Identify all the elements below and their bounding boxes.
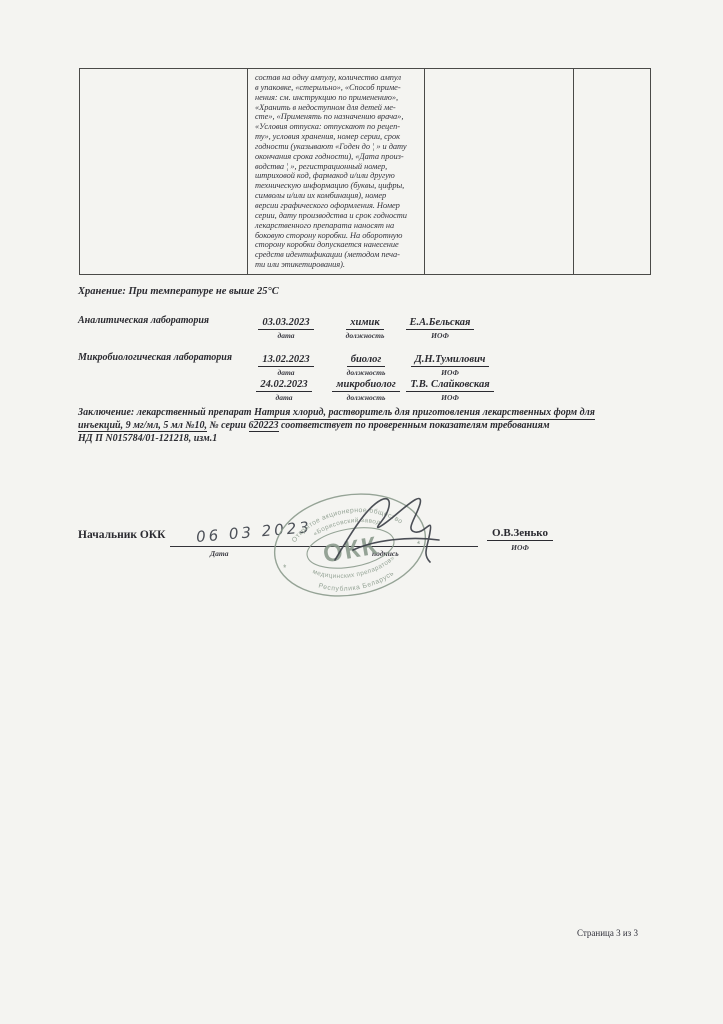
- approver-person-label: ИОФ: [487, 543, 553, 552]
- micro-date-1: 13.02.2023: [258, 354, 313, 367]
- conclusion-drug-name: Натрия хлорид, растворитель для приготов…: [254, 407, 595, 420]
- conclusion-drug-name-2: инъекций, 9 мг/мл, 5 мл №10,: [78, 420, 207, 433]
- analytical-date: 03.03.2023: [258, 317, 313, 330]
- approver-person: О.В.Зенько: [487, 527, 553, 541]
- micro-person-2: Т.В. Слайковская: [406, 379, 493, 392]
- table-cell-packaging-text: состав на одну ампулу, количество ампул …: [248, 69, 425, 274]
- labelling-table: состав на одну ампулу, количество ампул …: [79, 68, 651, 275]
- micro-position-2: микробиолог: [332, 379, 399, 392]
- storage-conditions: Хранение: При температуре не выше 25°С: [78, 286, 279, 297]
- analytical-lab-name: Аналитическая лаборатория: [78, 315, 209, 326]
- scanned-document-page: состав на одну ампулу, количество ампул …: [0, 0, 723, 1024]
- page-number: Страница 3 из 3: [577, 928, 638, 938]
- conclusion-text-2: соответствует по проверенным показателям…: [279, 420, 550, 431]
- approver-title: Начальник ОКК: [78, 529, 165, 541]
- stamp-star-left: *: [282, 562, 288, 573]
- conclusion-line-2: инъекций, 9 мг/мл, 5 мл №10, № серии 620…: [78, 420, 688, 433]
- packaging-text: состав на одну ампулу, количество ампул …: [248, 69, 424, 270]
- conclusion-line-3: НД П N015784/01-121218, изм.1: [78, 433, 688, 446]
- micro-date-label-2: дата: [242, 393, 326, 402]
- table-cell-empty-3: [574, 69, 650, 274]
- micro-lab-name: Микробиологическая лаборатория: [78, 352, 232, 363]
- conclusion-series-number: 620223: [249, 420, 279, 433]
- micro-date-cell-1: 13.02.2023 дата: [246, 349, 326, 377]
- micro-date-cell-2: 24.02.2023 дата: [242, 374, 326, 402]
- micro-position-1: биолог: [347, 354, 386, 367]
- micro-person-cell-1: Д.Н.Тумилович ИОФ: [394, 349, 506, 377]
- micro-date-2: 24.02.2023: [256, 379, 311, 392]
- conclusion-label: Заключение:: [78, 407, 134, 418]
- analytical-person: Е.А.Бельская: [406, 317, 475, 330]
- conclusion-series-label: № серии: [207, 420, 249, 431]
- micro-person-1: Д.Н.Тумилович: [411, 354, 490, 367]
- handwritten-signature: [325, 488, 455, 573]
- micro-person-label-2: ИОФ: [392, 393, 508, 402]
- conclusion-line-1: Заключение: лекарственный препарат Натри…: [78, 407, 688, 420]
- analytical-date-cell: 03.03.2023 дата: [246, 312, 326, 340]
- analytical-person-label: ИОФ: [384, 331, 496, 340]
- table-cell-empty-1: [80, 69, 248, 274]
- micro-position-cell-1: биолог должность: [330, 349, 402, 377]
- analytical-person-cell: Е.А.Бельская ИОФ: [384, 312, 496, 340]
- conclusion-paragraph: Заключение: лекарственный препарат Натри…: [78, 407, 688, 445]
- analytical-date-label: дата: [246, 331, 326, 340]
- approval-date-label: Дата: [210, 549, 228, 558]
- table-cell-empty-2: [425, 69, 574, 274]
- conclusion-text-1: лекарственный препарат: [134, 407, 254, 418]
- analytical-position: химик: [346, 317, 383, 330]
- micro-person-cell-2: Т.В. Слайковская ИОФ: [392, 374, 508, 402]
